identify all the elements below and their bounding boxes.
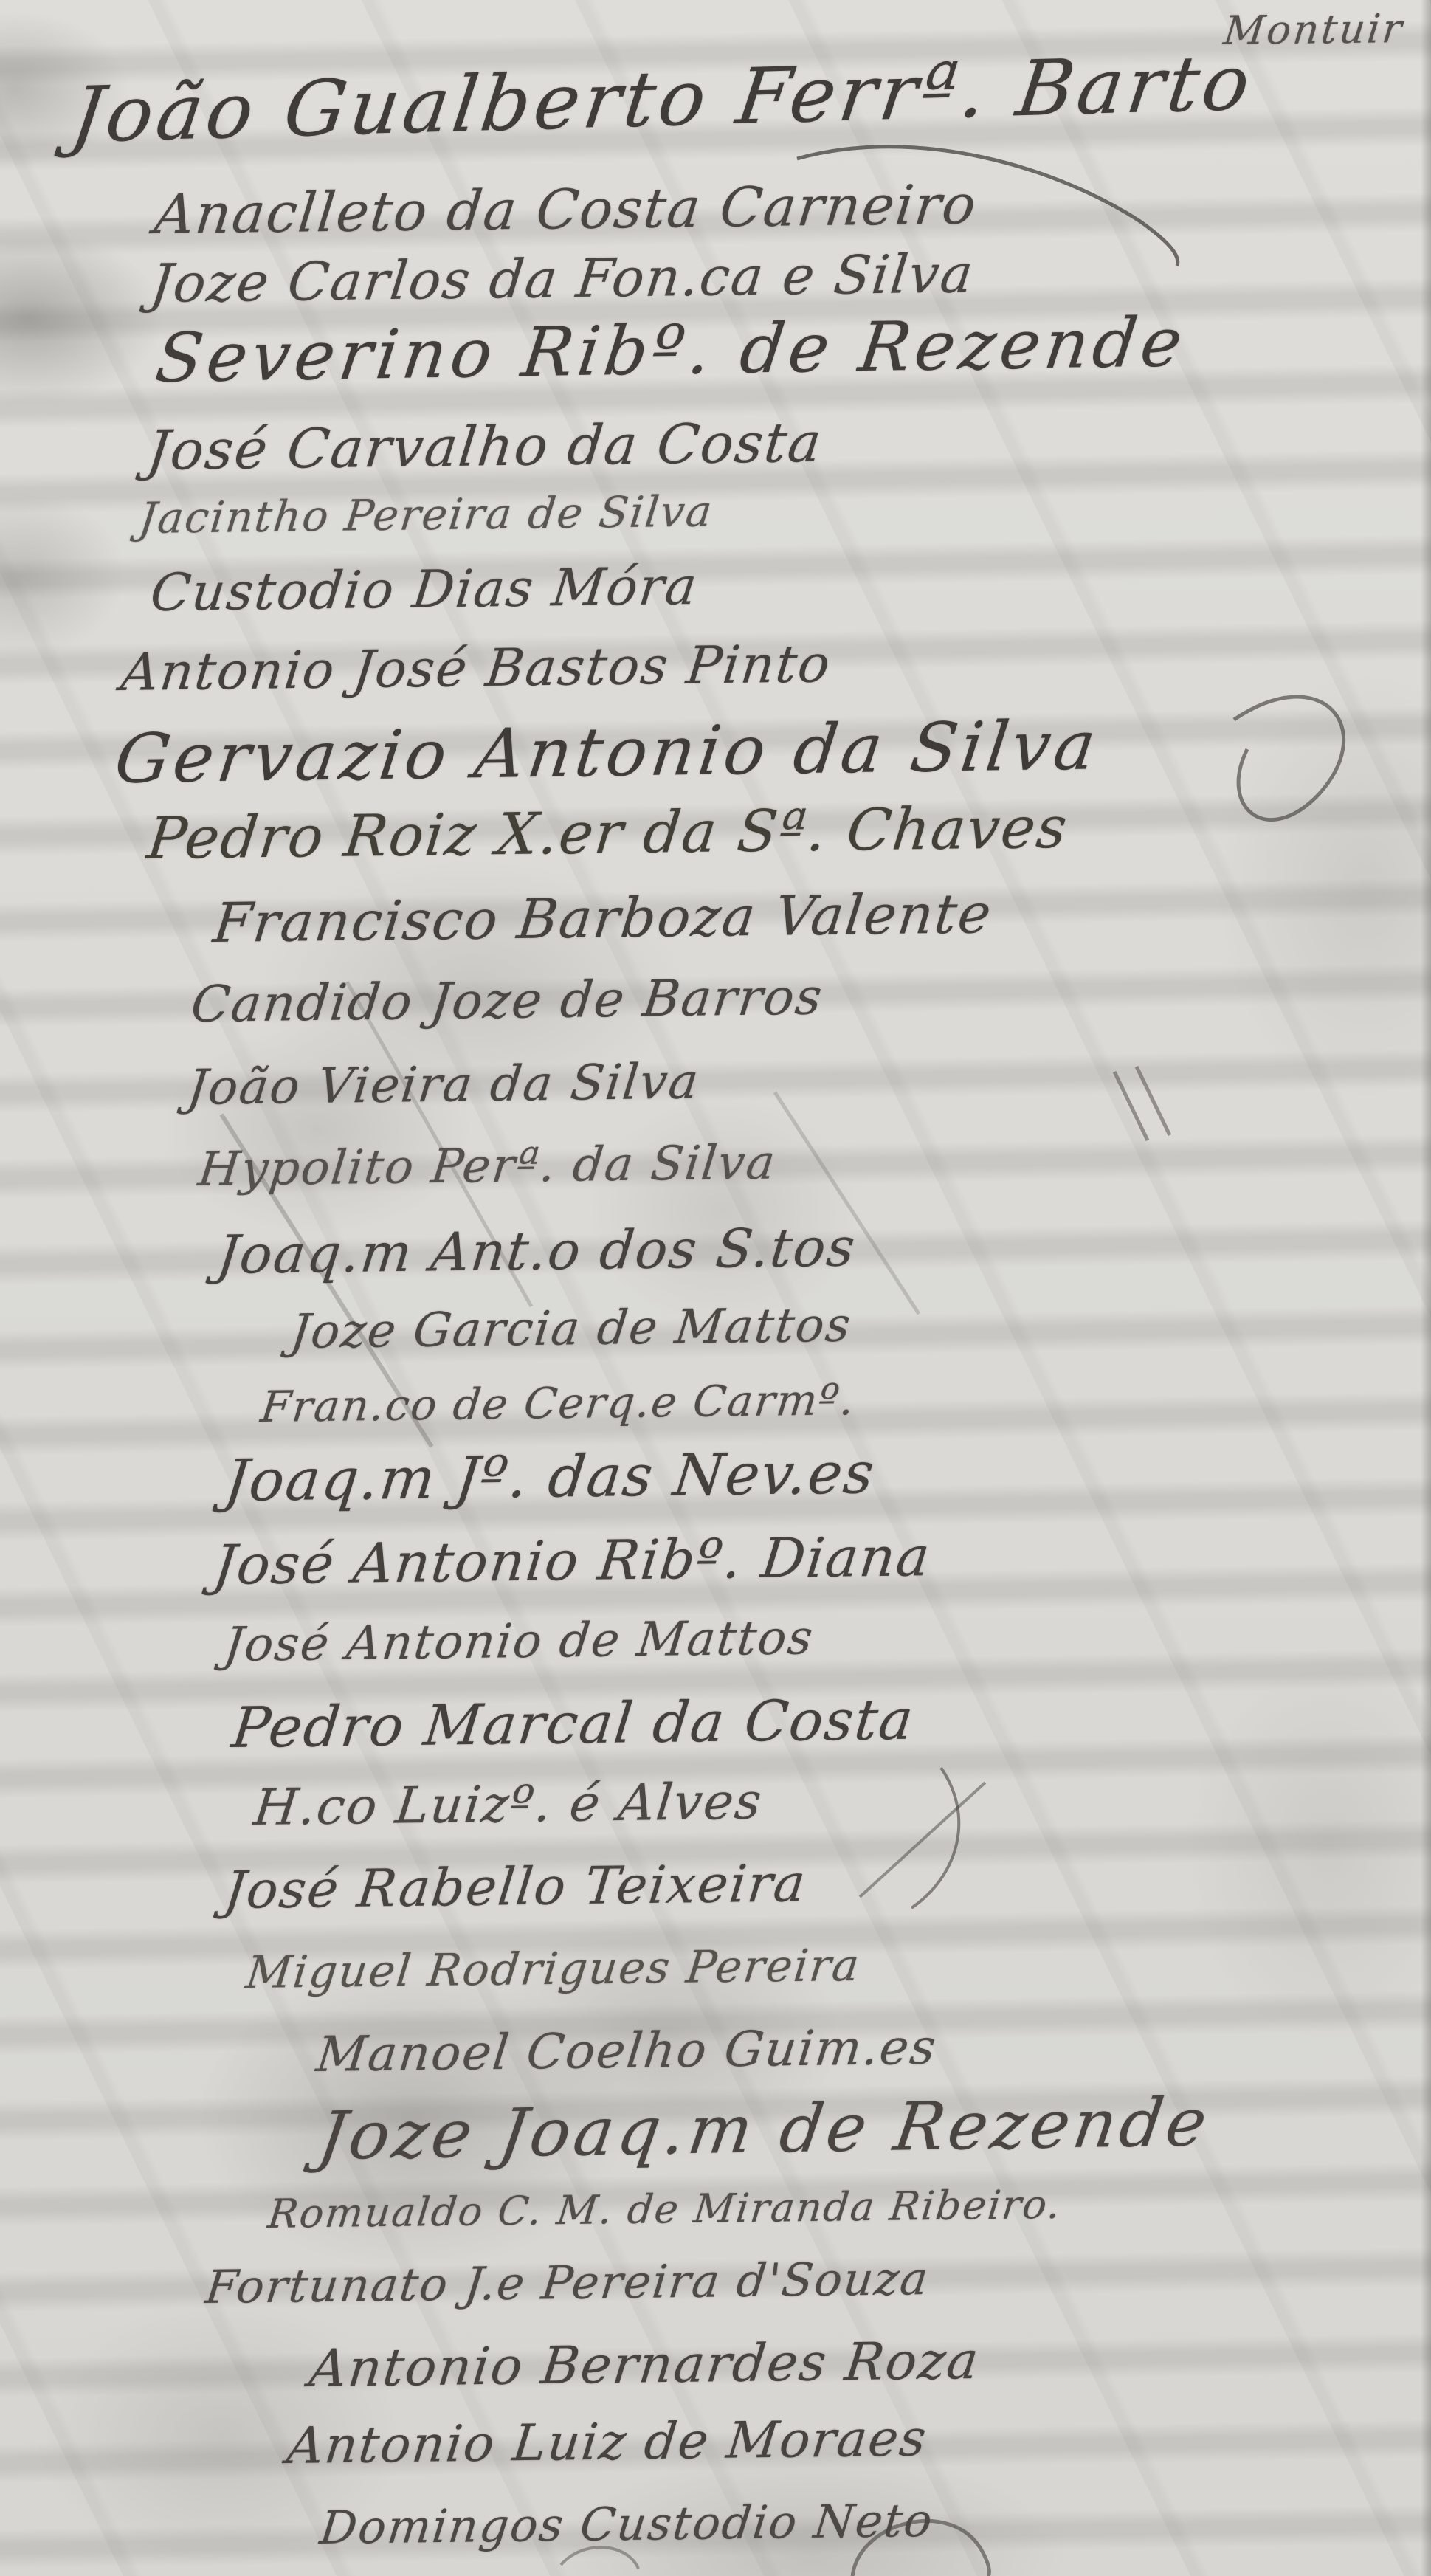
manuscript-line: Fran.co de Cerq.e Carmº.: [258, 1374, 858, 1432]
manuscript-line: José Antonio de Mattos: [221, 1611, 817, 1673]
manuscript-line: Antonio Luiz de Moraes: [284, 2409, 931, 2476]
manuscript-line: Severino Ribº. de Rezende: [151, 303, 1191, 398]
manuscript-page: Montuir João Gualberto Ferrª. Barto Anac…: [0, 0, 1431, 2576]
manuscript-line: Antonio Bernardes Roza: [306, 2330, 983, 2399]
manuscript-line: Joaq.m Jº. das Nev.es: [221, 1440, 878, 1515]
manuscript-line: Gervazio Antonio da Silva: [111, 706, 1103, 799]
manuscript-line: Hypolito Perª. da Silva: [196, 1135, 779, 1197]
manuscript-line: Joaq.m Ant.o dos S.tos: [214, 1216, 859, 1286]
manuscript-line: Pedro Marcal da Costa: [229, 1687, 917, 1760]
manuscript-line: Anaclleto da Costa Carneiro: [151, 173, 980, 247]
manuscript-line: Joze Carlos da Fon.ca e Silva: [148, 242, 977, 314]
manuscript-line: Pedro Roiz X.er da Sª. Chaves: [144, 795, 1072, 872]
manuscript-line: H.co Luizº. é Alves: [251, 1773, 765, 1837]
manuscript-line: Candido Joze de Barros: [188, 968, 826, 1034]
manuscript-line: José Antonio Ribº. Diana: [210, 1525, 934, 1597]
manuscript-line: Domingos Custodio Neto: [317, 2493, 937, 2555]
manuscript-line: Joze Garcia de Mattos: [288, 1298, 855, 1360]
manuscript-line: Joze Joaq.m de Rezende: [314, 2084, 1215, 2175]
manuscript-line: Fortunato J.e Pereira d'Souza: [203, 2251, 932, 2314]
manuscript-line: Romualdo C. M. de Miranda Ribeiro.: [266, 2181, 1064, 2237]
manuscript-line: Custodio Dias Móra: [148, 556, 701, 623]
manuscript-line: Manoel Coelho Guim.es: [314, 2019, 939, 2083]
manuscript-line: José Rabello Teixeira: [221, 1853, 810, 1921]
manuscript-line: Jacintho Pereira de Silva: [137, 486, 716, 543]
manuscript-line: Miguel Rodrigues Pereira: [244, 1940, 863, 1999]
manuscript-line: Francisco Barboza Valente: [210, 882, 996, 955]
manuscript-line: João Vieira da Silva: [185, 1053, 703, 1116]
manuscript-line: Antonio José Bastos Pinto: [118, 633, 834, 703]
manuscript-line: José Carvalho da Costa: [144, 411, 826, 483]
